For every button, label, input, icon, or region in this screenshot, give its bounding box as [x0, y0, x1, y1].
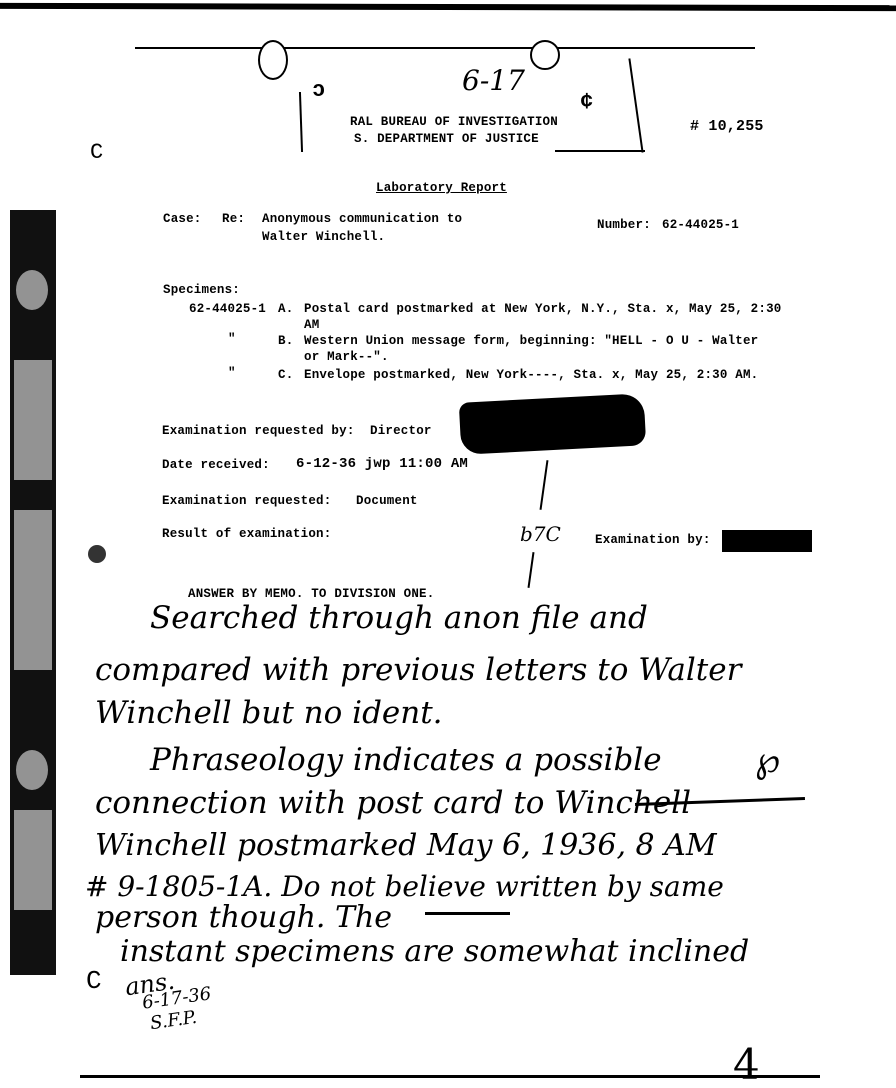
requested-by-value: Director [370, 424, 432, 438]
report-title: Laboratory Report [376, 181, 507, 195]
bottom-edge-rule [80, 1075, 820, 1078]
specimen-a-cont: AM [304, 318, 319, 332]
hole-mark-icon: C [90, 140, 103, 165]
top-edge-rule [0, 3, 896, 11]
redaction-code: b7C [520, 522, 561, 546]
date-received-label: Date received: [162, 458, 270, 472]
agency-line-1: RAL BUREAU OF INVESTIGATION [350, 115, 558, 129]
specimens-label: Specimens: [163, 283, 240, 297]
case-line-2: Walter Winchell. [262, 230, 385, 244]
pen-stroke [540, 460, 549, 510]
specimen-prefix: 62-44025-1 [189, 302, 266, 316]
requested-by-label: Examination requested by: [162, 424, 355, 438]
note-line: Winchell but no ident. [95, 695, 443, 731]
note-line: Winchell postmarked May 6, 1936, 8 AM [95, 828, 717, 863]
label-border [555, 150, 645, 152]
ditto-mark: " [228, 366, 236, 380]
strikethrough [425, 912, 510, 915]
staple-mark-icon: ↄ [312, 78, 325, 103]
specimen-b-text: Western Union message form, beginning: "… [304, 334, 758, 348]
note-line: Searched through anon file and [150, 600, 648, 636]
result-label: Result of examination: [162, 527, 331, 541]
ditto-mark: " [228, 332, 236, 346]
examination-by-label: Examination by: [595, 533, 711, 547]
agency-line-2: S. DEPARTMENT OF JUSTICE [354, 132, 539, 146]
case-label: Case: [163, 212, 202, 226]
margin-mark-icon: ℘ [755, 740, 780, 783]
note-line: compared with previous letters to Walter [95, 652, 741, 688]
specimen-c-letter: C. [278, 368, 293, 382]
specimen-c-text: Envelope postmarked, New York----, Sta. … [304, 368, 758, 382]
form-rule [135, 47, 755, 49]
exam-requested-label: Examination requested: [162, 494, 331, 508]
hole-mark-icon [88, 545, 106, 563]
note-line: instant specimens are somewhat inclined [120, 934, 749, 969]
redaction-block [722, 530, 812, 552]
specimen-a-text: Postal card postmarked at New York, N.Y.… [304, 302, 781, 316]
date-received-value: 6-12-36 jwp 11:00 AM [296, 456, 468, 472]
note-line: connection with post card to Winchell [95, 785, 691, 821]
page-number: 4 [733, 1040, 760, 1088]
note-line: Phraseology indicates a possible [150, 742, 662, 778]
number-value: 62-44025-1 [662, 218, 739, 232]
number-label: Number: [597, 218, 651, 232]
label-border [299, 92, 303, 152]
redaction-block [459, 393, 646, 455]
pen-stroke [528, 552, 535, 588]
punch-hole-icon [530, 40, 560, 70]
file-number: # 10,255 [690, 118, 764, 135]
staple-mark-icon: ¢ [580, 90, 593, 115]
exam-requested-value: Document [356, 494, 418, 508]
specimen-b-cont: or Mark--". [304, 350, 389, 364]
label-border [628, 58, 643, 152]
hole-mark-icon: C [86, 966, 102, 996]
binder-edge [10, 210, 56, 975]
handwritten-date: 6-17 [462, 64, 525, 97]
case-line-1: Anonymous communication to [262, 212, 462, 226]
note-line: person though. The [95, 900, 392, 935]
note-line: # 9-1805-1A. Do not believe written by s… [85, 870, 724, 903]
specimen-b-letter: B. [278, 334, 293, 348]
specimen-a-letter: A. [278, 302, 293, 316]
case-re: Re: [222, 212, 245, 226]
answer-line: ANSWER BY MEMO. TO DIVISION ONE. [188, 587, 434, 601]
punch-hole-icon [258, 40, 288, 80]
